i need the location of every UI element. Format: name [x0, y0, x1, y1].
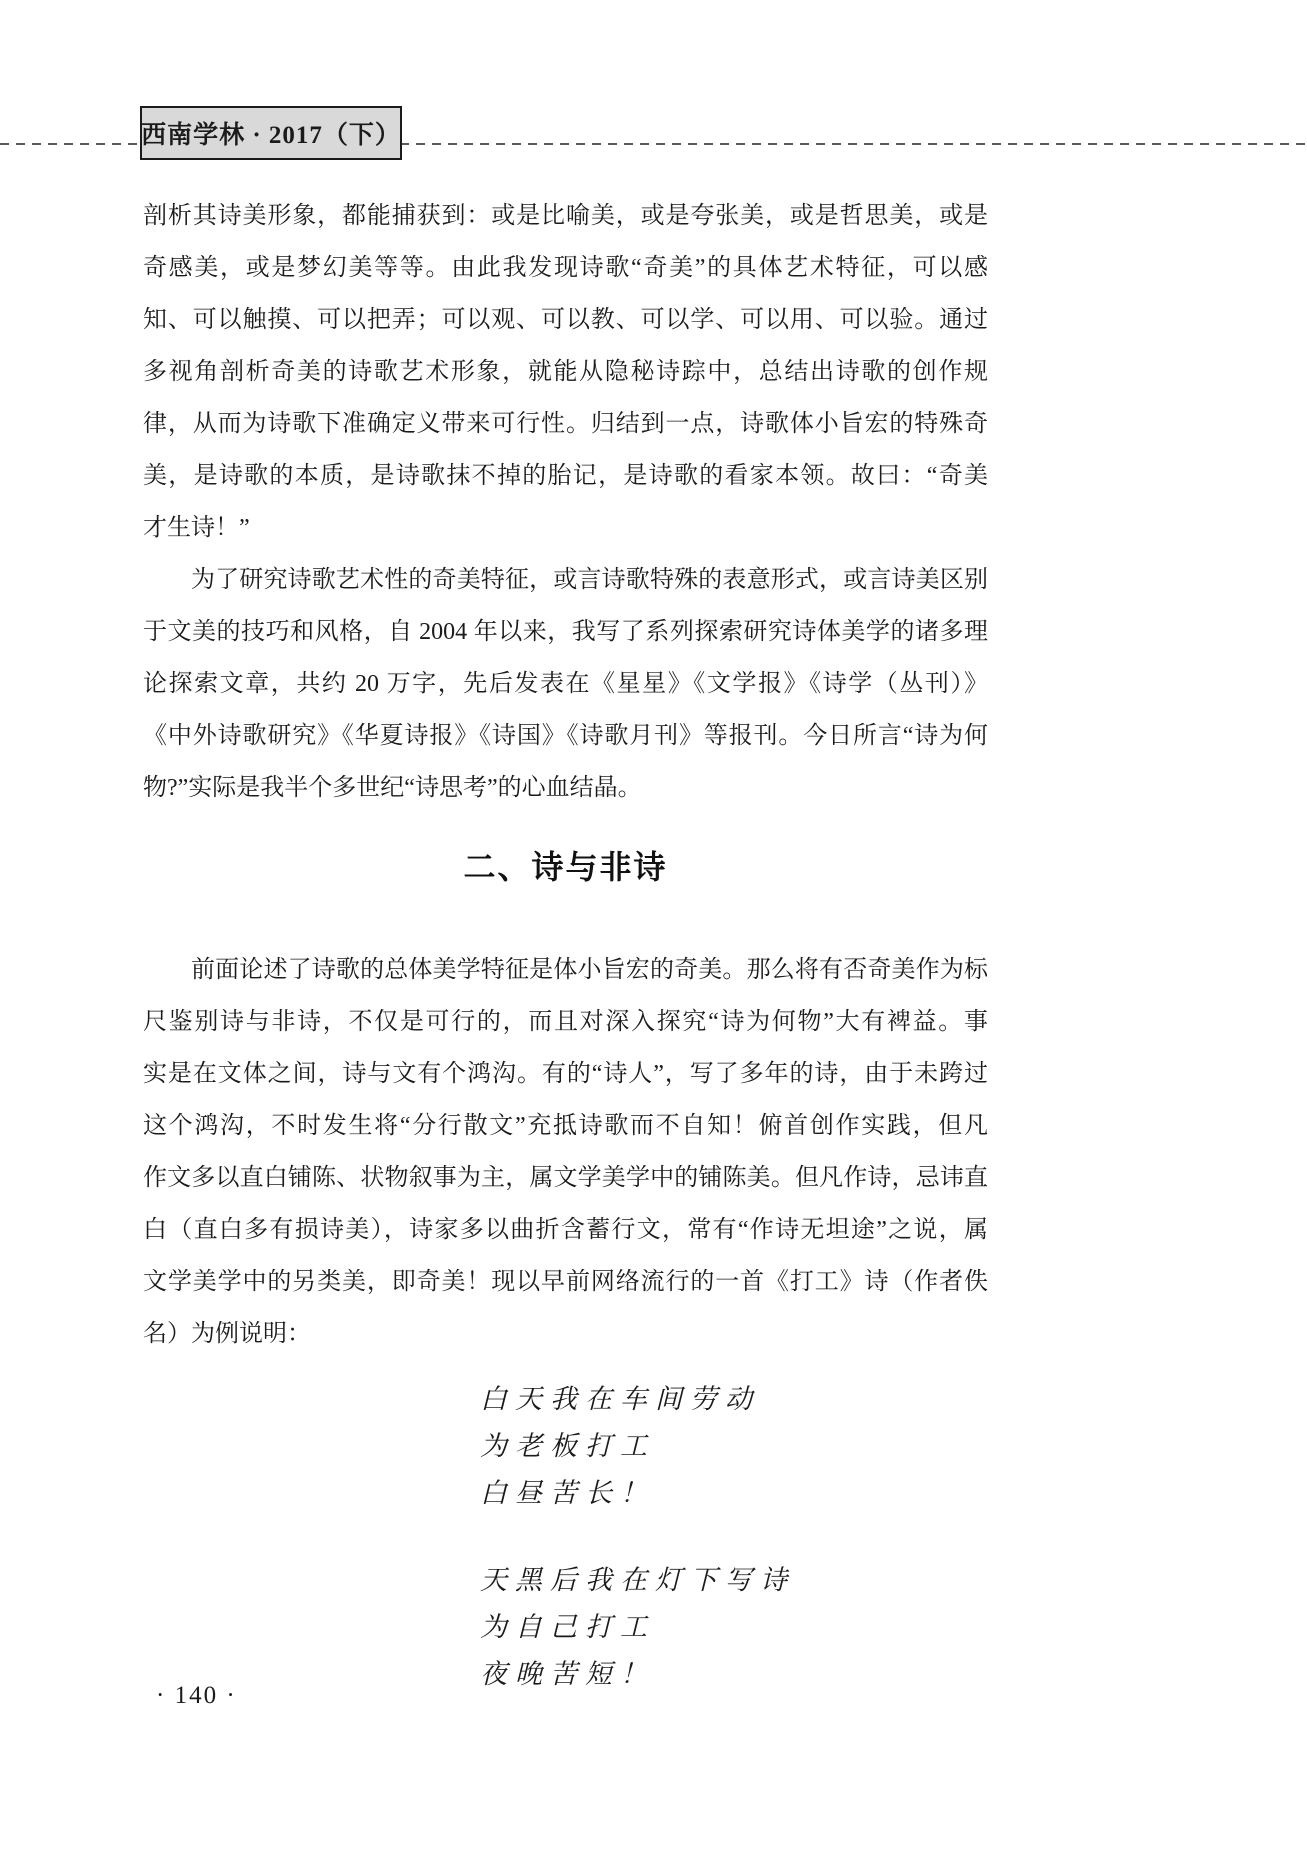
text-line: 多视角剖析奇美的诗歌艺术形象，就能从隐秘诗踪中，总结出诗歌的创作规 [143, 346, 988, 398]
text-line: 律，从而为诗歌下准确定义带来可行性。归结到一点，诗歌体小旨宏的特殊奇 [143, 398, 988, 450]
page-number: · 140 · [156, 1682, 237, 1710]
text-line: 作文多以直白铺陈、状物叙事为主，属文学美学中的铺陈美。但凡作诗，忌讳直 [143, 1152, 988, 1204]
section-heading: 二、诗与非诗 [143, 844, 988, 890]
text-line: 前面论述了诗歌的总体美学特征是体小旨宏的奇美。那么将有否奇美作为标 [143, 944, 988, 996]
paragraph-3: 前面论述了诗歌的总体美学特征是体小旨宏的奇美。那么将有否奇美作为标尺鉴别诗与非诗… [143, 944, 988, 1360]
text-line: 天黑后我在灯下写诗 [480, 1557, 988, 1604]
paragraph-continuation: 剖析其诗美形象，都能捕获到：或是比喻美，或是夸张美，或是哲思美，或是奇感美，或是… [143, 190, 988, 554]
poem-stanza-1: 白天我在车间劳动为老板打工白昼苦长！ [480, 1376, 988, 1517]
text-line: 白昼苦长！ [480, 1470, 988, 1517]
text-line: 为老板打工 [480, 1423, 988, 1470]
text-line: 于文美的技巧和风格，自 2004 年以来，我写了系列探索研究诗体美学的诸多理 [143, 606, 988, 658]
text-line: 为了研究诗歌艺术性的奇美特征，或言诗歌特殊的表意形式，或言诗美区别 [143, 554, 988, 606]
paragraph-2: 为了研究诗歌艺术性的奇美特征，或言诗歌特殊的表意形式，或言诗美区别于文美的技巧和… [143, 554, 988, 814]
text-line: 夜晚苦短！ [480, 1651, 988, 1698]
text-line: 《中外诗歌研究》《华夏诗报》《诗国》《诗歌月刊》等报刊。今日所言“诗为何 [143, 710, 988, 762]
journal-header-box: 西南学林 · 2017（下） [140, 106, 402, 160]
text-line: 奇感美，或是梦幻美等等。由此我发现诗歌“奇美”的具体艺术特征，可以感 [143, 242, 988, 294]
article-body: 剖析其诗美形象，都能捕获到：或是比喻美，或是夸张美，或是哲思美，或是奇感美，或是… [143, 190, 988, 1738]
text-line: 物?”实际是我半个多世纪“诗思考”的心血结晶。 [143, 762, 988, 814]
text-line: 剖析其诗美形象，都能捕获到：或是比喻美，或是夸张美，或是哲思美，或是 [143, 190, 988, 242]
text-line: 实是在文体之间，诗与文有个鸿沟。有的“诗人”，写了多年的诗，由于未跨过 [143, 1048, 988, 1100]
text-line: 才生诗！” [143, 502, 988, 554]
document-page: 西南学林 · 2017（下） 剖析其诗美形象，都能捕获到：或是比喻美，或是夸张美… [0, 0, 1307, 1859]
text-line: 为自己打工 [480, 1604, 988, 1651]
text-line: 美，是诗歌的本质，是诗歌抹不掉的胎记，是诗歌的看家本领。故曰：“奇美 [143, 450, 988, 502]
text-line: 白天我在车间劳动 [480, 1376, 988, 1423]
text-line: 尺鉴别诗与非诗，不仅是可行的，而且对深入探究“诗为何物”大有裨益。事 [143, 996, 988, 1048]
poem-stanza-2: 天黑后我在灯下写诗为自己打工夜晚苦短！ [480, 1557, 988, 1698]
quoted-poem: 白天我在车间劳动为老板打工白昼苦长！ 天黑后我在灯下写诗为自己打工夜晚苦短！ [143, 1376, 988, 1698]
text-line: 论探索文章，共约 20 万字，先后发表在《星星》《文学报》《诗学（丛刊）》 [143, 658, 988, 710]
journal-title: 西南学林 · 2017（下） [141, 115, 401, 151]
text-line: 文学美学中的另类美，即奇美！现以早前网络流行的一首《打工》诗（作者佚 [143, 1256, 988, 1308]
text-line: 这个鸿沟，不时发生将“分行散文”充抵诗歌而不自知！俯首创作实践，但凡 [143, 1100, 988, 1152]
text-line: 白（直白多有损诗美），诗家多以曲折含蓄行文，常有“作诗无坦途”之说，属 [143, 1204, 988, 1256]
text-line: 知、可以触摸、可以把弄；可以观、可以教、可以学、可以用、可以验。通过 [143, 294, 988, 346]
text-line: 名）为例说明： [143, 1308, 988, 1360]
